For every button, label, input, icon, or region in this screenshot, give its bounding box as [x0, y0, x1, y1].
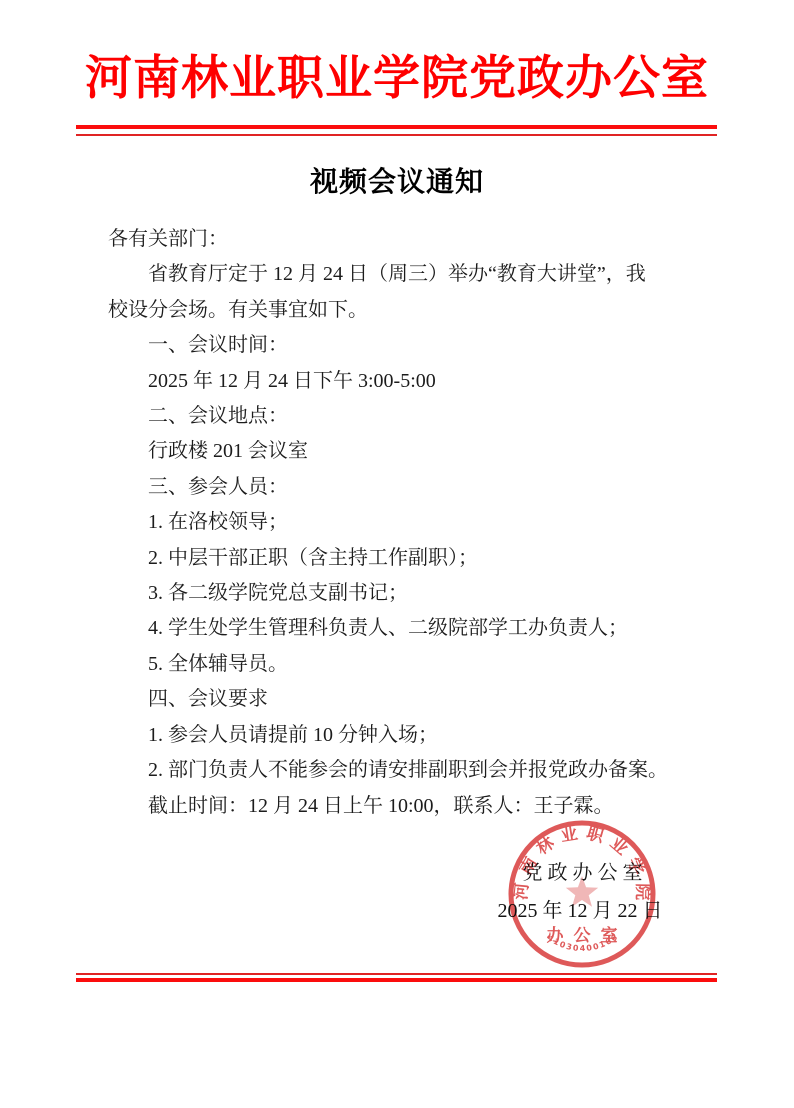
body-paragraph: 三、参会人员：: [108, 470, 713, 505]
body-paragraph: 1. 参会人员请提前 10 分钟入场；: [108, 718, 713, 753]
body-paragraph: 5. 全体辅导员。: [108, 647, 713, 682]
body-paragraph: 1. 在洛校领导；: [108, 505, 713, 540]
body-paragraph: 省教育厅定于 12 月 24 日（周三）举办“教育大讲堂”，我: [108, 257, 713, 292]
signature-office-name: 党政办公室: [450, 856, 720, 885]
body-paragraph: 截止时间：12 月 24 日上午 10:00，联系人：王子霖。: [108, 789, 713, 824]
salutation-line: 各有关部门：: [108, 222, 713, 257]
footer-rule-thick: [76, 978, 717, 982]
seal-center-label: 办公室: [547, 925, 628, 945]
signature-date: 2025 年 12 月 22 日: [440, 894, 720, 923]
body-paragraph: 四、会议要求: [108, 682, 713, 717]
body-paragraph: 2. 中层干部正职（含主持工作副职）；: [108, 541, 713, 576]
body-paragraph: 2025 年 12 月 24 日下午 3:00-5:00: [108, 364, 713, 399]
body-paragraph: 4. 学生处学生管理科负责人、二级院部学工办负责人；: [108, 611, 713, 646]
document-title: 视频会议通知: [0, 160, 794, 200]
body-paragraph: 二、会议地点：: [108, 399, 713, 434]
body-paragraph: 2. 部门负责人不能参会的请安排副职到会并报党政办备案。: [108, 753, 713, 788]
body-paragraph: 行政楼 201 会议室: [108, 434, 713, 469]
letterhead-rule-thick: [76, 125, 717, 129]
body-paragraph: 校设分会场。有关事宜如下。: [108, 293, 713, 328]
body-paragraph: 3. 各二级学院党总支副书记；: [108, 576, 713, 611]
body-paragraph: 一、会议时间：: [108, 328, 713, 363]
footer-rule-thin: [76, 973, 717, 975]
notice-document-page: 河南林业职业学院党政办公室 视频会议通知 各有关部门： 省教育厅定于 12 月 …: [0, 0, 794, 1108]
letterhead-rule-thin: [76, 134, 717, 136]
seal-code: 4103040016675: [507, 819, 620, 953]
letterhead-org-name: 河南林业职业学院党政办公室: [0, 50, 794, 108]
document-body: 各有关部门： 省教育厅定于 12 月 24 日（周三）举办“教育大讲堂”，我 校…: [108, 222, 713, 824]
